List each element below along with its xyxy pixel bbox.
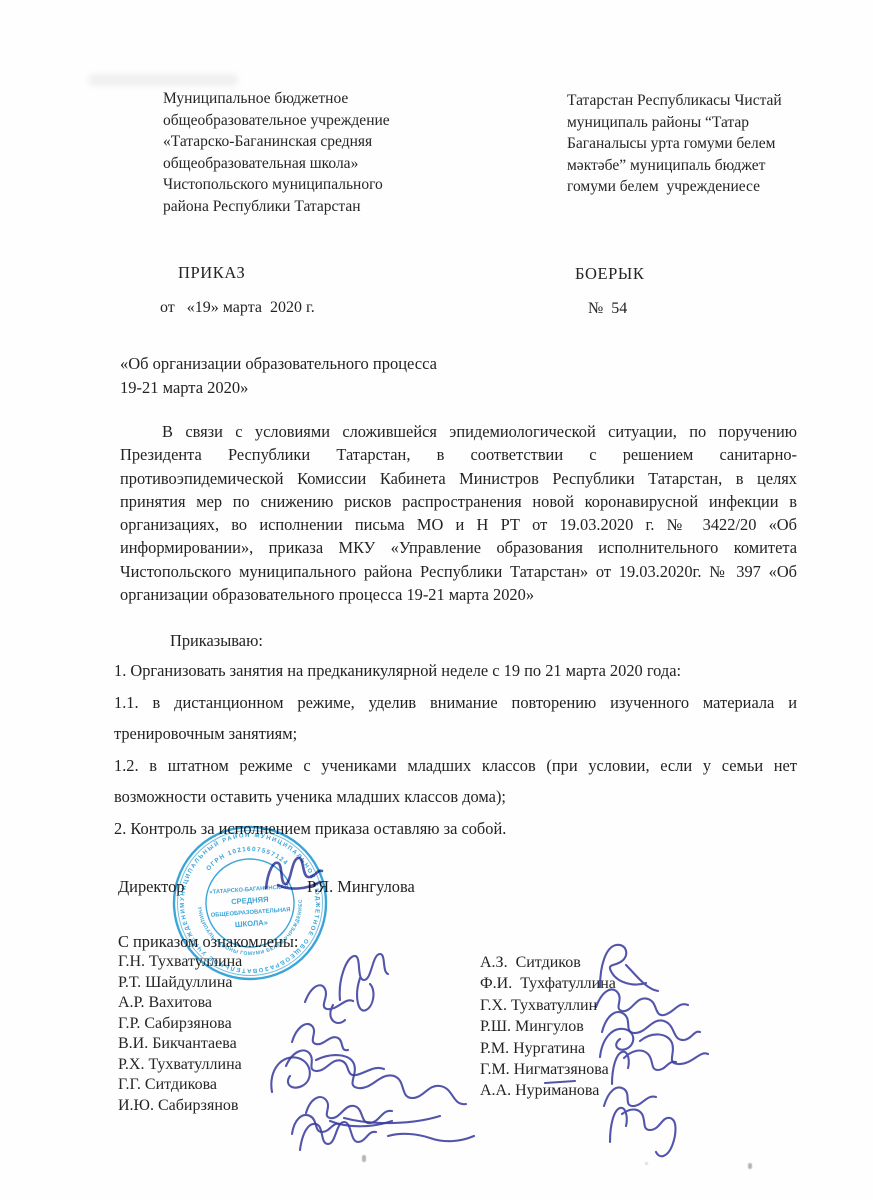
org-name-ru-line: Чистопольского муниципального [163,174,493,196]
body-line: организациях, во исполнении письма МО и … [120,513,797,536]
org-name-ru-line: общеобразовательная школа» [163,153,493,175]
org-name-ru-line: Муниципальное бюджетное [163,88,493,110]
org-name-tt-line: муниципаль районы “Татар [567,112,822,134]
order-item: возможности оставить ученика младших кла… [114,781,797,813]
scan-speck [362,1155,366,1162]
scan-speck [748,1163,752,1169]
order-item: тренировочным занятиям; [114,718,797,750]
order-item: 1.1. в дистанционном режиме, уделив вним… [114,687,797,719]
signature-mingulov [600,1029,708,1064]
order-number: № 54 [588,300,627,318]
order-items: 1. Организовать занятия на предканикуляр… [114,655,797,844]
stamp-center-text: ШКОЛА» [235,918,269,929]
signature-sabirzyanov-iyu [300,1122,474,1150]
body-line: Президента Республики Татарстан, в соотв… [120,443,797,466]
org-name-tatar: Татарстан Республикасы Чистай муниципаль… [567,90,822,198]
stamp-center-text: СРЕДНЯЯ [231,895,269,907]
signatory-name: Г.Р. Сабирзянова [118,1014,242,1035]
body-line: противоэпидемической Комиссии Кабинета М… [120,467,797,490]
org-name-ru-line: «Татарско-Баганинская средняя [163,131,493,153]
signatory-name: А.Р. Вахитова [118,993,242,1014]
subject-line: «Об организации образовательного процесс… [120,352,437,376]
signature-sitdikova [292,1115,340,1134]
signature-tukhvatullin-gh [602,1012,700,1040]
org-name-tt-line: Баганалысы урта гомуми белем [567,133,822,155]
signatory-name: Р.Х. Тухватуллина [118,1055,242,1076]
body-line: Чистопольского муниципального района Рес… [120,560,797,583]
signature-sabirzyanova-gr [286,1050,384,1075]
signatory-name: А.З. Ситдиков [480,952,616,973]
signatory-name: Г.Х. Тухватуллин [480,995,616,1016]
signatory-name: Р.Ш. Мингулов [480,1016,616,1037]
org-name-tt-line: мәктәбе” муниципаль бюджет [567,155,822,177]
signature-tukhvatullina-rh [306,1097,392,1126]
resolution-label: Приказываю: [170,631,263,651]
signatories-right-column: А.З. Ситдиков Ф.И. Тухфатуллина Г.Х. Тух… [480,952,616,1102]
signatory-name: А.А. Нуриманова [480,1080,616,1101]
signature-tukhvatullina-gn [340,954,388,1011]
signature-nurimanova [610,1108,676,1156]
signature-nurgatina [612,1051,676,1084]
stamp-graphic: МУНИЦИПАЛЬНЫЙ РАЙОН МУНИЦИПАЛЬНОЕ БЮДЖЕТ… [165,818,336,989]
order-subject: «Об организации образовательного процесс… [120,352,437,399]
order-title-ru: ПРИКАЗ [178,263,245,283]
org-name-tt-line: Татарстан Республикасы Чистай [567,90,822,112]
order-title-tt: БОЕРЫК [575,264,645,284]
signatory-name: Г.М. Нигматзянова [480,1059,616,1080]
subject-line: 19-21 марта 2020» [120,376,437,400]
signature-vakhitova [292,1024,348,1050]
signatory-name: И.Ю. Сабирзянов [118,1096,242,1117]
order-item: 1.2. в штатном режиме с учениками младши… [114,750,797,782]
body-line: В связи с условиями сложившейся эпидемио… [120,420,797,443]
signature-shaydullina [305,985,353,1023]
document-page: Муниципальное бюджетное общеобразователь… [0,0,873,1200]
org-name-russian: Муниципальное бюджетное общеобразователь… [163,88,493,218]
org-name-tt-line: гомуми белем учреждениесе [567,176,822,198]
body-line: организации образовательного процесса 19… [120,583,797,606]
body-line: информировании», приказа МКУ «Управление… [120,536,797,559]
order-preamble: В связи с условиями сложившейся эпидемио… [120,420,797,606]
signatory-name: Г.Г. Ситдикова [118,1075,242,1096]
scan-speck [645,1162,648,1165]
org-name-ru-line: общеобразовательное учреждение [163,110,493,132]
body-line: принятия мер по снижению рисков распрост… [120,490,797,513]
order-item: 1. Организовать занятия на предканикуляр… [114,655,797,687]
signatory-name: В.И. Бикчантаева [118,1034,242,1055]
signatory-name: Ф.И. Тухфатуллина [480,973,616,994]
org-name-ru-line: района Республики Татарстан [163,196,493,218]
signatory-name: Р.М. Нургатина [480,1038,616,1059]
official-stamp: МУНИЦИПАЛЬНЫЙ РАЙОН МУНИЦИПАЛЬНОЕ БЮДЖЕТ… [165,818,336,989]
scan-smudge [88,74,238,86]
stamp-center-text: ОБЩЕОБРАЗОВАТЕЛЬНАЯ [211,907,291,919]
stamp-center-text: «ТАТАРСКО-БАГАНИНСКАЯ [209,884,289,896]
order-date: от «19» марта 2020 г. [160,299,315,317]
